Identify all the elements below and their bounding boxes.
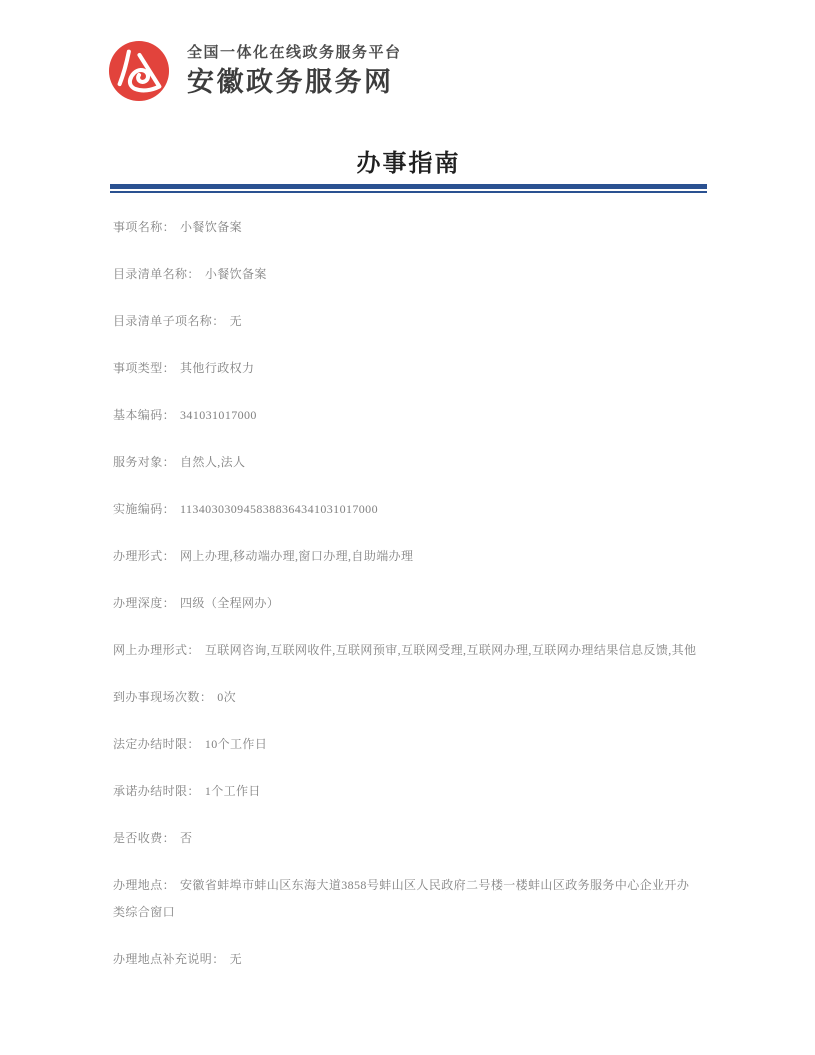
field-row: 事项名称：小餐饮备案 (113, 214, 701, 241)
field-label: 网上办理形式 (113, 643, 187, 657)
field-separator: ： (163, 408, 175, 422)
field-row: 实施编码：1134030309458388364341031017000 (113, 496, 701, 523)
field-label: 到办事现场次数 (113, 690, 200, 704)
field-label: 办理地点补充说明 (113, 952, 212, 966)
field-value: 小餐饮备案 (205, 267, 267, 281)
field-separator: ： (187, 267, 199, 281)
field-separator: ： (163, 220, 175, 234)
field-value: 其他行政权力 (180, 361, 254, 375)
document-page: 全国一体化在线政务服务平台 安徽政务服务网 办事指南 事项名称：小餐饮备案 目录… (0, 0, 815, 1055)
field-row: 办理形式：网上办理,移动端办理,窗口办理,自助端办理 (113, 543, 701, 570)
field-row: 办理地点补充说明：无 (113, 946, 701, 973)
field-label: 办理地点 (113, 878, 163, 892)
field-row: 到办事现场次数：0次 (113, 684, 701, 711)
field-row: 承诺办结时限：1个工作日 (113, 778, 701, 805)
field-separator: ： (163, 502, 175, 516)
field-label: 办理深度 (113, 596, 163, 610)
field-value: 自然人,法人 (180, 455, 245, 469)
field-separator: ： (187, 643, 199, 657)
field-separator: ： (163, 831, 175, 845)
field-label: 服务对象 (113, 455, 163, 469)
field-separator: ： (200, 690, 212, 704)
field-row: 目录清单名称：小餐饮备案 (113, 261, 701, 288)
field-value: 安徽省蚌埠市蚌山区东海大道3858号蚌山区人民政府二号楼一楼蚌山区政务服务中心企… (113, 878, 689, 919)
field-separator: ： (212, 314, 224, 328)
field-row: 事项类型：其他行政权力 (113, 355, 701, 382)
masthead-text: 全国一体化在线政务服务平台 安徽政务服务网 (187, 43, 402, 99)
field-row: 法定办结时限：10个工作日 (113, 731, 701, 758)
field-value: 10个工作日 (205, 737, 267, 751)
field-row: 目录清单子项名称：无 (113, 308, 701, 335)
field-row: 服务对象：自然人,法人 (113, 449, 701, 476)
field-label: 目录清单子项名称 (113, 314, 212, 328)
field-label: 承诺办结时限 (113, 784, 187, 798)
field-label: 办理形式 (113, 549, 163, 563)
site-name: 安徽政务服务网 (187, 65, 402, 99)
platform-name: 全国一体化在线政务服务平台 (187, 43, 402, 62)
field-row: 办理深度：四级（全程网办） (113, 590, 701, 617)
field-label: 事项类型 (113, 361, 163, 375)
field-separator: ： (163, 549, 175, 563)
field-separator: ： (187, 784, 199, 798)
field-value: 0次 (217, 690, 236, 704)
field-separator: ： (163, 455, 175, 469)
field-row: 办理地点：安徽省蚌埠市蚌山区东海大道3858号蚌山区人民政府二号楼一楼蚌山区政务… (113, 872, 701, 926)
title-divider (110, 184, 707, 193)
field-row: 是否收费：否 (113, 825, 701, 852)
anhui-gov-logo-icon (108, 40, 170, 102)
field-value: 互联网咨询,互联网收件,互联网预审,互联网受理,互联网办理,互联网办理结果信息反… (205, 643, 697, 657)
field-label: 实施编码 (113, 502, 163, 516)
field-value: 341031017000 (180, 408, 257, 422)
field-value: 小餐饮备案 (180, 220, 242, 234)
page-title: 办事指南 (110, 143, 707, 178)
field-list: 事项名称：小餐饮备案 目录清单名称：小餐饮备案 目录清单子项名称：无 事项类型：… (113, 214, 701, 993)
field-label: 事项名称 (113, 220, 163, 234)
field-separator: ： (187, 737, 199, 751)
field-row: 网上办理形式：互联网咨询,互联网收件,互联网预审,互联网受理,互联网办理,互联网… (113, 637, 701, 664)
field-value: 否 (180, 831, 192, 845)
field-value: 1134030309458388364341031017000 (180, 502, 378, 516)
field-separator: ： (163, 878, 175, 892)
field-value: 无 (230, 952, 242, 966)
field-label: 基本编码 (113, 408, 163, 422)
site-masthead: 全国一体化在线政务服务平台 安徽政务服务网 (108, 40, 402, 102)
field-label: 目录清单名称 (113, 267, 187, 281)
field-value: 四级（全程网办） (180, 596, 279, 610)
field-value: 1个工作日 (205, 784, 261, 798)
field-value: 无 (230, 314, 242, 328)
field-value: 网上办理,移动端办理,窗口办理,自助端办理 (180, 549, 413, 563)
field-row: 基本编码：341031017000 (113, 402, 701, 429)
field-separator: ： (163, 596, 175, 610)
field-separator: ： (163, 361, 175, 375)
field-separator: ： (212, 952, 224, 966)
field-label: 是否收费 (113, 831, 163, 845)
field-label: 法定办结时限 (113, 737, 187, 751)
